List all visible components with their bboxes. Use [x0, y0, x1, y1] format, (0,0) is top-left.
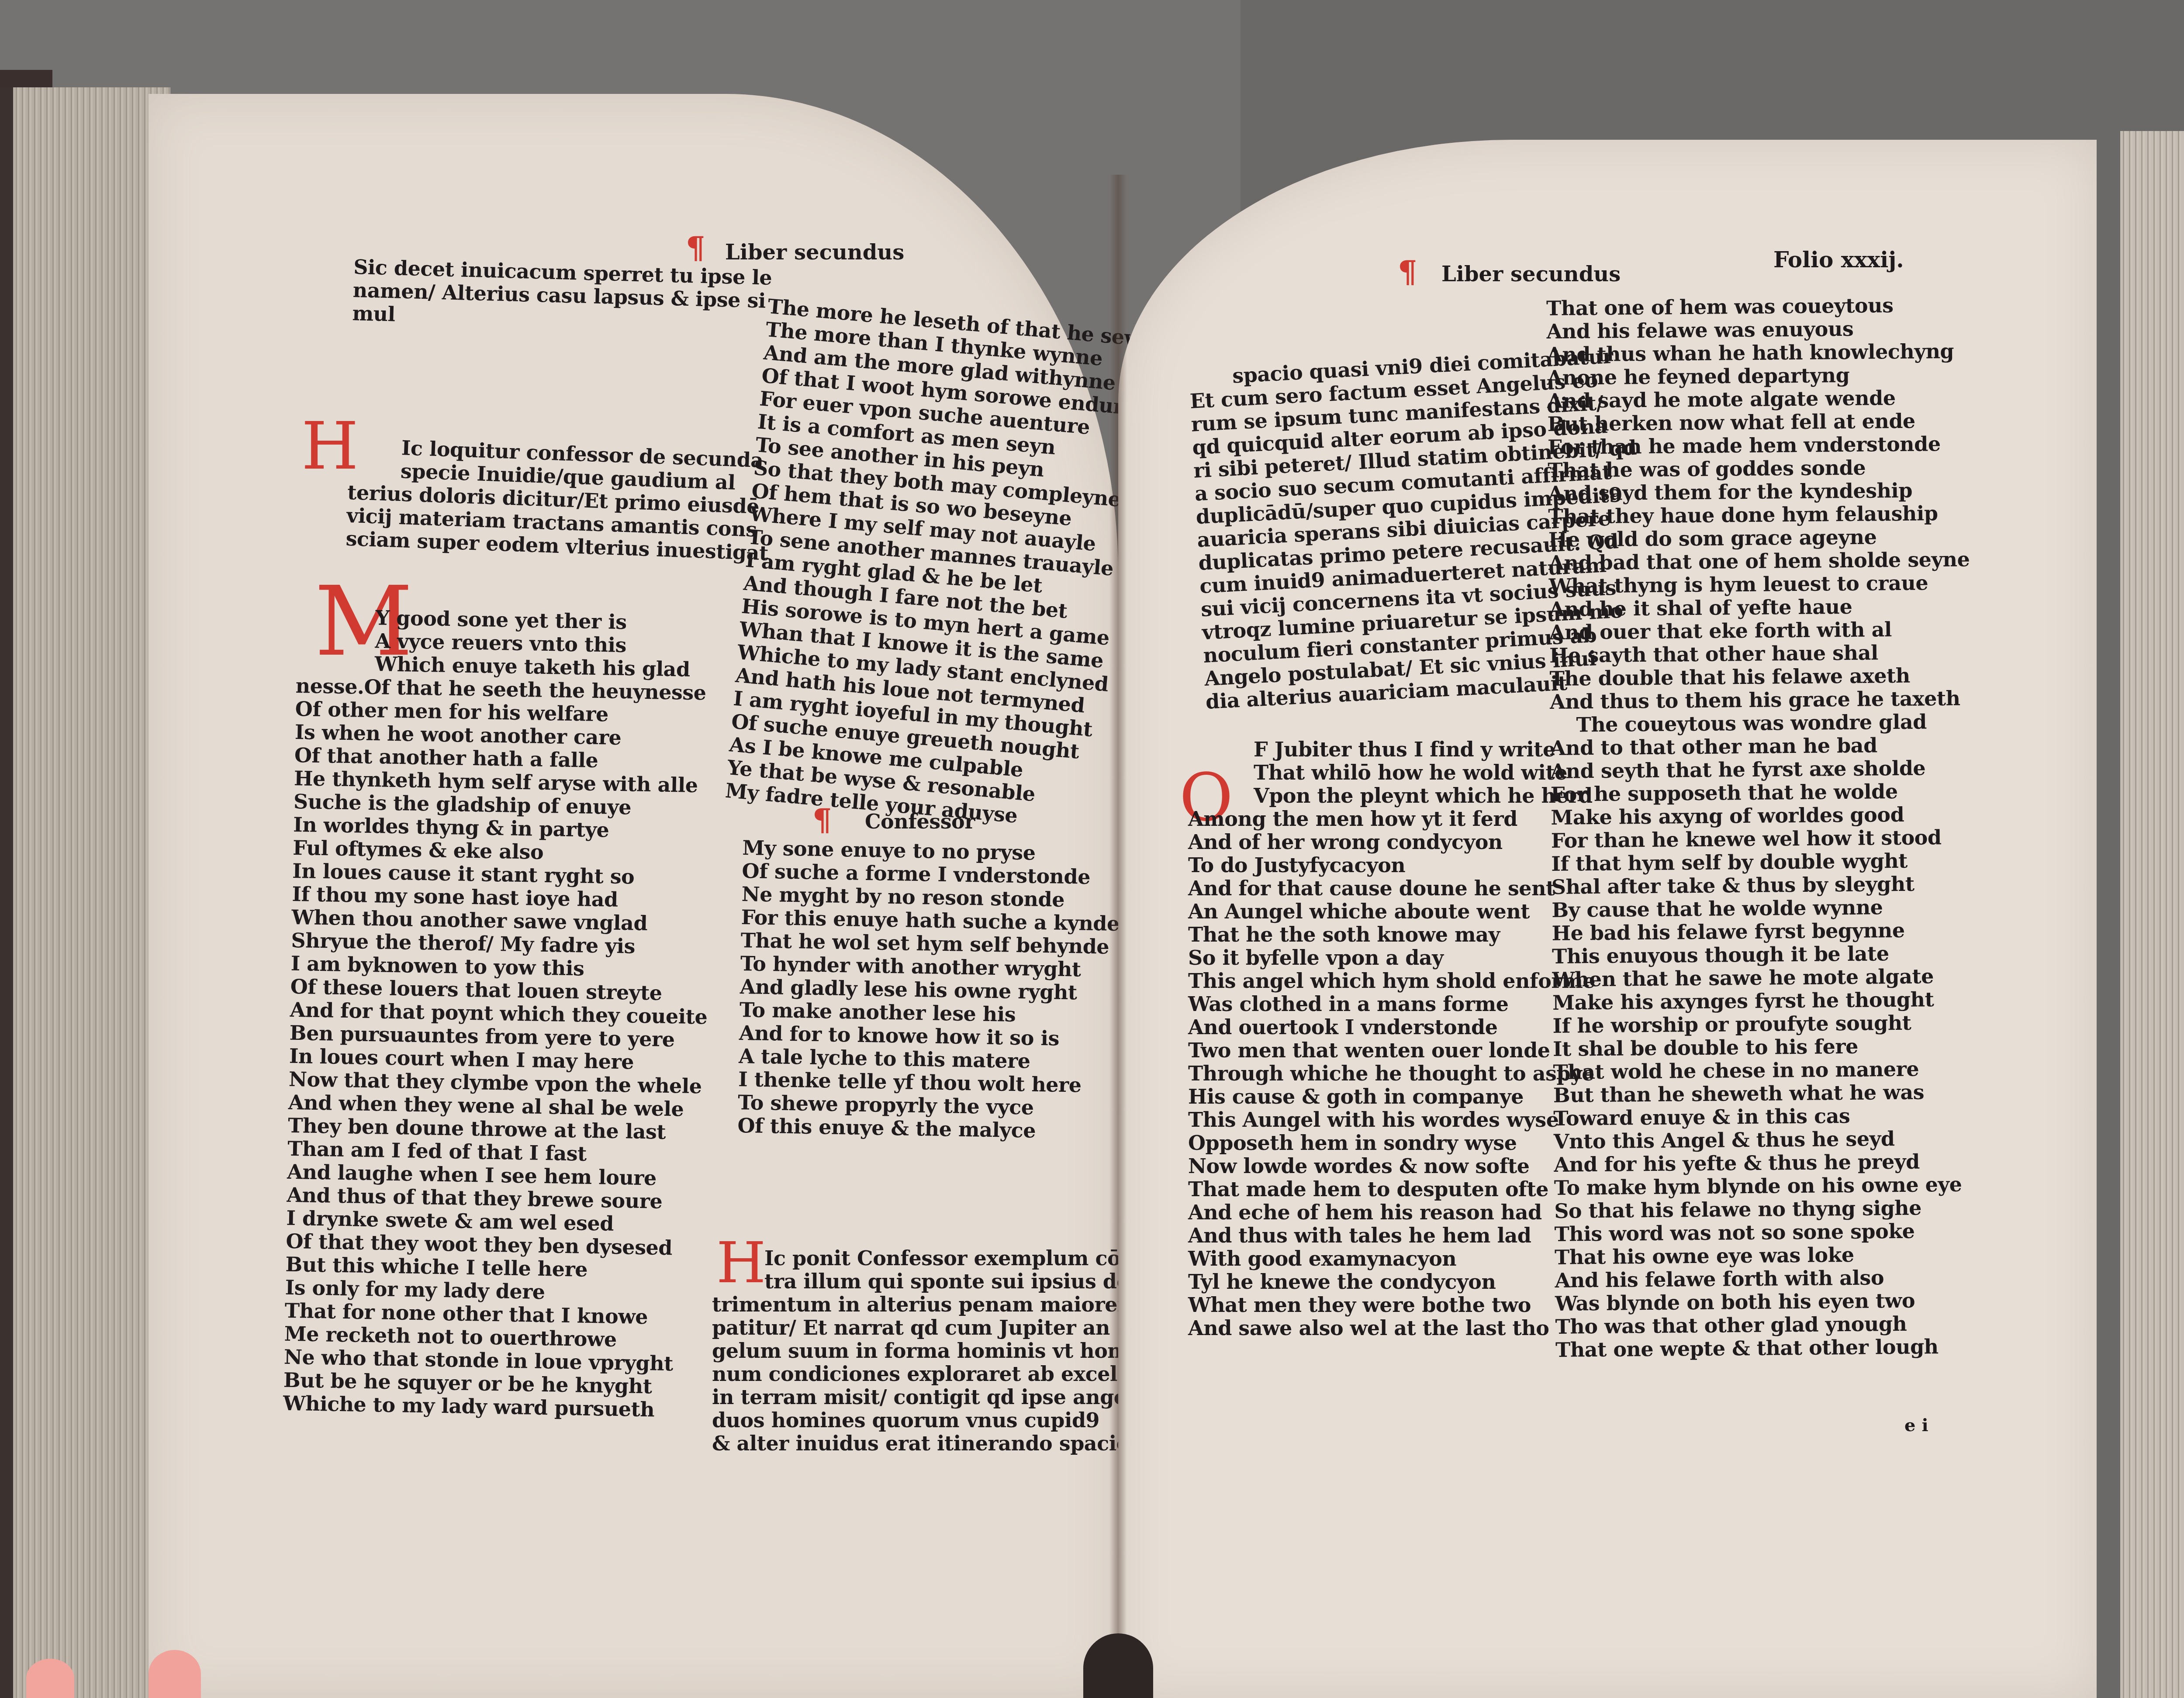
paragraph-mark-icon: ¶	[686, 229, 705, 266]
left-page: ¶ Liber secundus Sic decet inuicacum spe…	[149, 94, 1118, 1698]
right-page: ¶ Liber secundus Folio xxxij. spacio qua…	[1118, 140, 2097, 1698]
book-gutter	[1109, 175, 1127, 1698]
running-head: Liber secundus	[725, 240, 904, 265]
latin-gloss-1: Ic loquitur confessor de secunda specie …	[346, 435, 772, 565]
paragraph-mark-icon: ¶	[812, 801, 832, 838]
page-block-edge-right	[2120, 131, 2184, 1698]
latin-note-top: Sic decet inuicacum sperret tu ipse le n…	[352, 255, 772, 336]
verse-right-column-1: F Jubiter thus I find y write That whilō…	[1188, 738, 1595, 1340]
holding-finger	[149, 1650, 201, 1698]
latin-gloss-2: Ic ponit Confessor exemplum cō tra illum…	[712, 1247, 1147, 1455]
signature-marks: e i	[1904, 1415, 1928, 1436]
running-head: Liber secundus	[1441, 262, 1621, 286]
verse-column-2b: My sone enuye to no pryse Of suche a for…	[737, 836, 1121, 1144]
paragraph-mark-icon: ¶	[1398, 253, 1417, 290]
gutter-shadow	[1083, 1633, 1153, 1698]
holding-finger	[26, 1659, 74, 1698]
page-block-edge-left	[0, 87, 170, 1698]
verse-right-column-2: That one of hem was coueytous And his fe…	[1546, 293, 1977, 1362]
speaker-label-confessor: Confessor	[865, 810, 975, 833]
folio-number: Folio xxxij.	[1773, 247, 1904, 273]
verse-column-1: Y good sone yet ther is A vyce reuers vn…	[283, 605, 715, 1422]
